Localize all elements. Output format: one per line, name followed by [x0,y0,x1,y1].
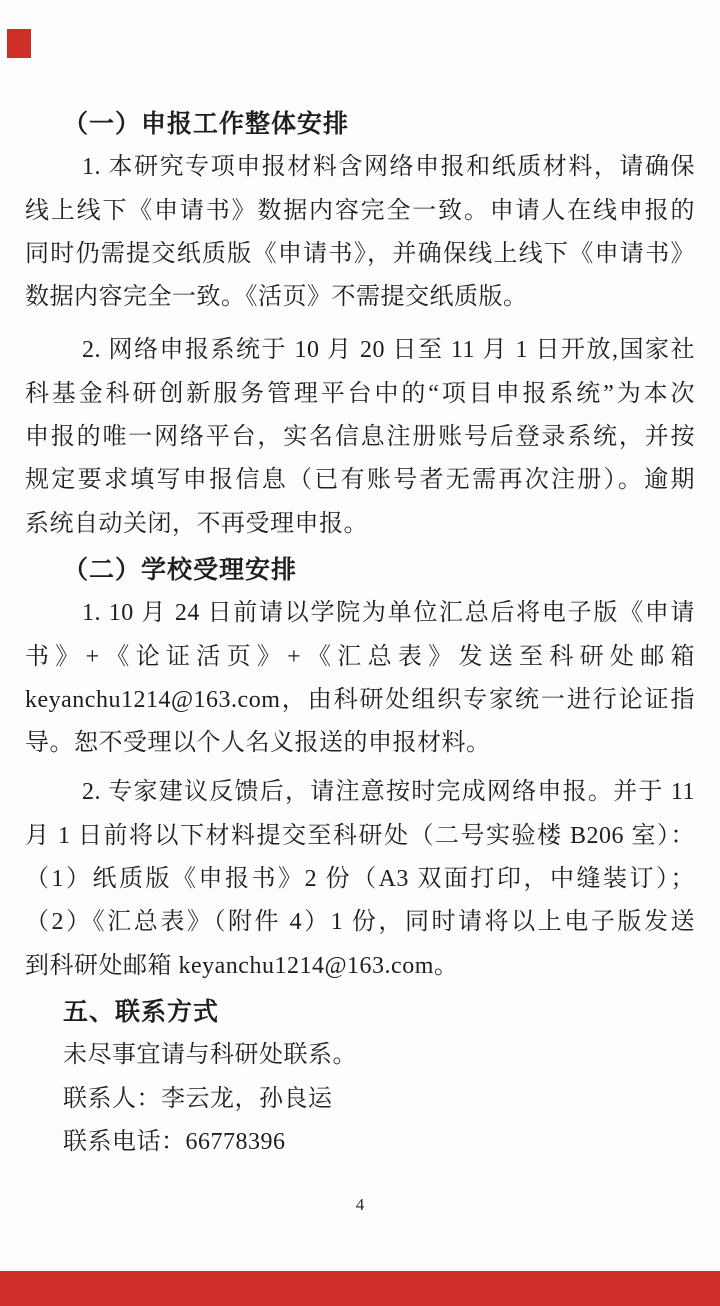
contact-phone-line: 联系电话：66778396 [25,1121,695,1164]
doc-line: 科基金科研创新服务管理平台中的“项目申报系统”为本次 [25,373,695,416]
doc-line: 同时仍需提交纸质版《申请书》，并确保线上线下《申请书》 [25,233,695,276]
doc-line: （1）纸质版《申报书》2 份（A3 双面打印，中缝装订）； [25,858,695,901]
page-number: 4 [0,1193,720,1217]
doc-line: 1. 10 月 24 日前请以学院为单位汇总后将电子版《申请 [25,592,695,635]
doc-line: 2. 网络申报系统于 10 月 20 日至 11 月 1 日开放,国家社 [25,329,695,372]
doc-line: 导。恕不受理以个人名义报送的申报材料。 [25,722,695,765]
document-body: （一）申报工作整体安排 1. 本研究专项申报材料含网络申报和纸质材料，请确保 线… [25,103,695,1164]
section-heading-2: （二）学校受理安排 [25,549,695,592]
doc-line: 2. 专家建议反馈后，请注意按时完成网络申报。并于 11 [25,771,695,814]
section-heading-3: 五、联系方式 [25,991,695,1034]
doc-line: keyanchu1214@163.com，由科研处组织专家统一进行论证指 [25,679,695,722]
section-heading-1: （一）申报工作整体安排 [25,103,695,146]
doc-line: 系统自动关闭，不再受理申报。 [25,503,695,546]
doc-line: 线上线下《申请书》数据内容完全一致。申请人在线申报的 [25,190,695,233]
red-photo-edge-top-left [7,29,31,58]
doc-line: 未尽事宜请与科研处联系。 [25,1034,695,1077]
doc-line: 规定要求填写申报信息（已有账号者无需再次注册）。逾期 [25,459,695,502]
red-photo-edge-bottom [0,1271,720,1306]
doc-line: 申报的唯一网络平台，实名信息注册账号后登录系统，并按 [25,416,695,459]
doc-line: 1. 本研究专项申报材料含网络申报和纸质材料，请确保 [25,146,695,189]
doc-line: 月 1 日前将以下材料提交至科研处（二号实验楼 B206 室）： [25,815,695,858]
document-page: （一）申报工作整体安排 1. 本研究专项申报材料含网络申报和纸质材料，请确保 线… [0,0,720,1306]
doc-line: 数据内容完全一致。《活页》不需提交纸质版。 [25,276,695,319]
doc-line: （2）《汇总表》（附件 4）1 份，同时请将以上电子版发送 [25,901,695,944]
contact-person-line: 联系人：李云龙，孙良运 [25,1078,695,1121]
doc-line: 书》+《论证活页》+《汇总表》发送至科研处邮箱 [25,636,695,679]
doc-line: 到科研处邮箱 keyanchu1214@163.com。 [25,945,695,988]
